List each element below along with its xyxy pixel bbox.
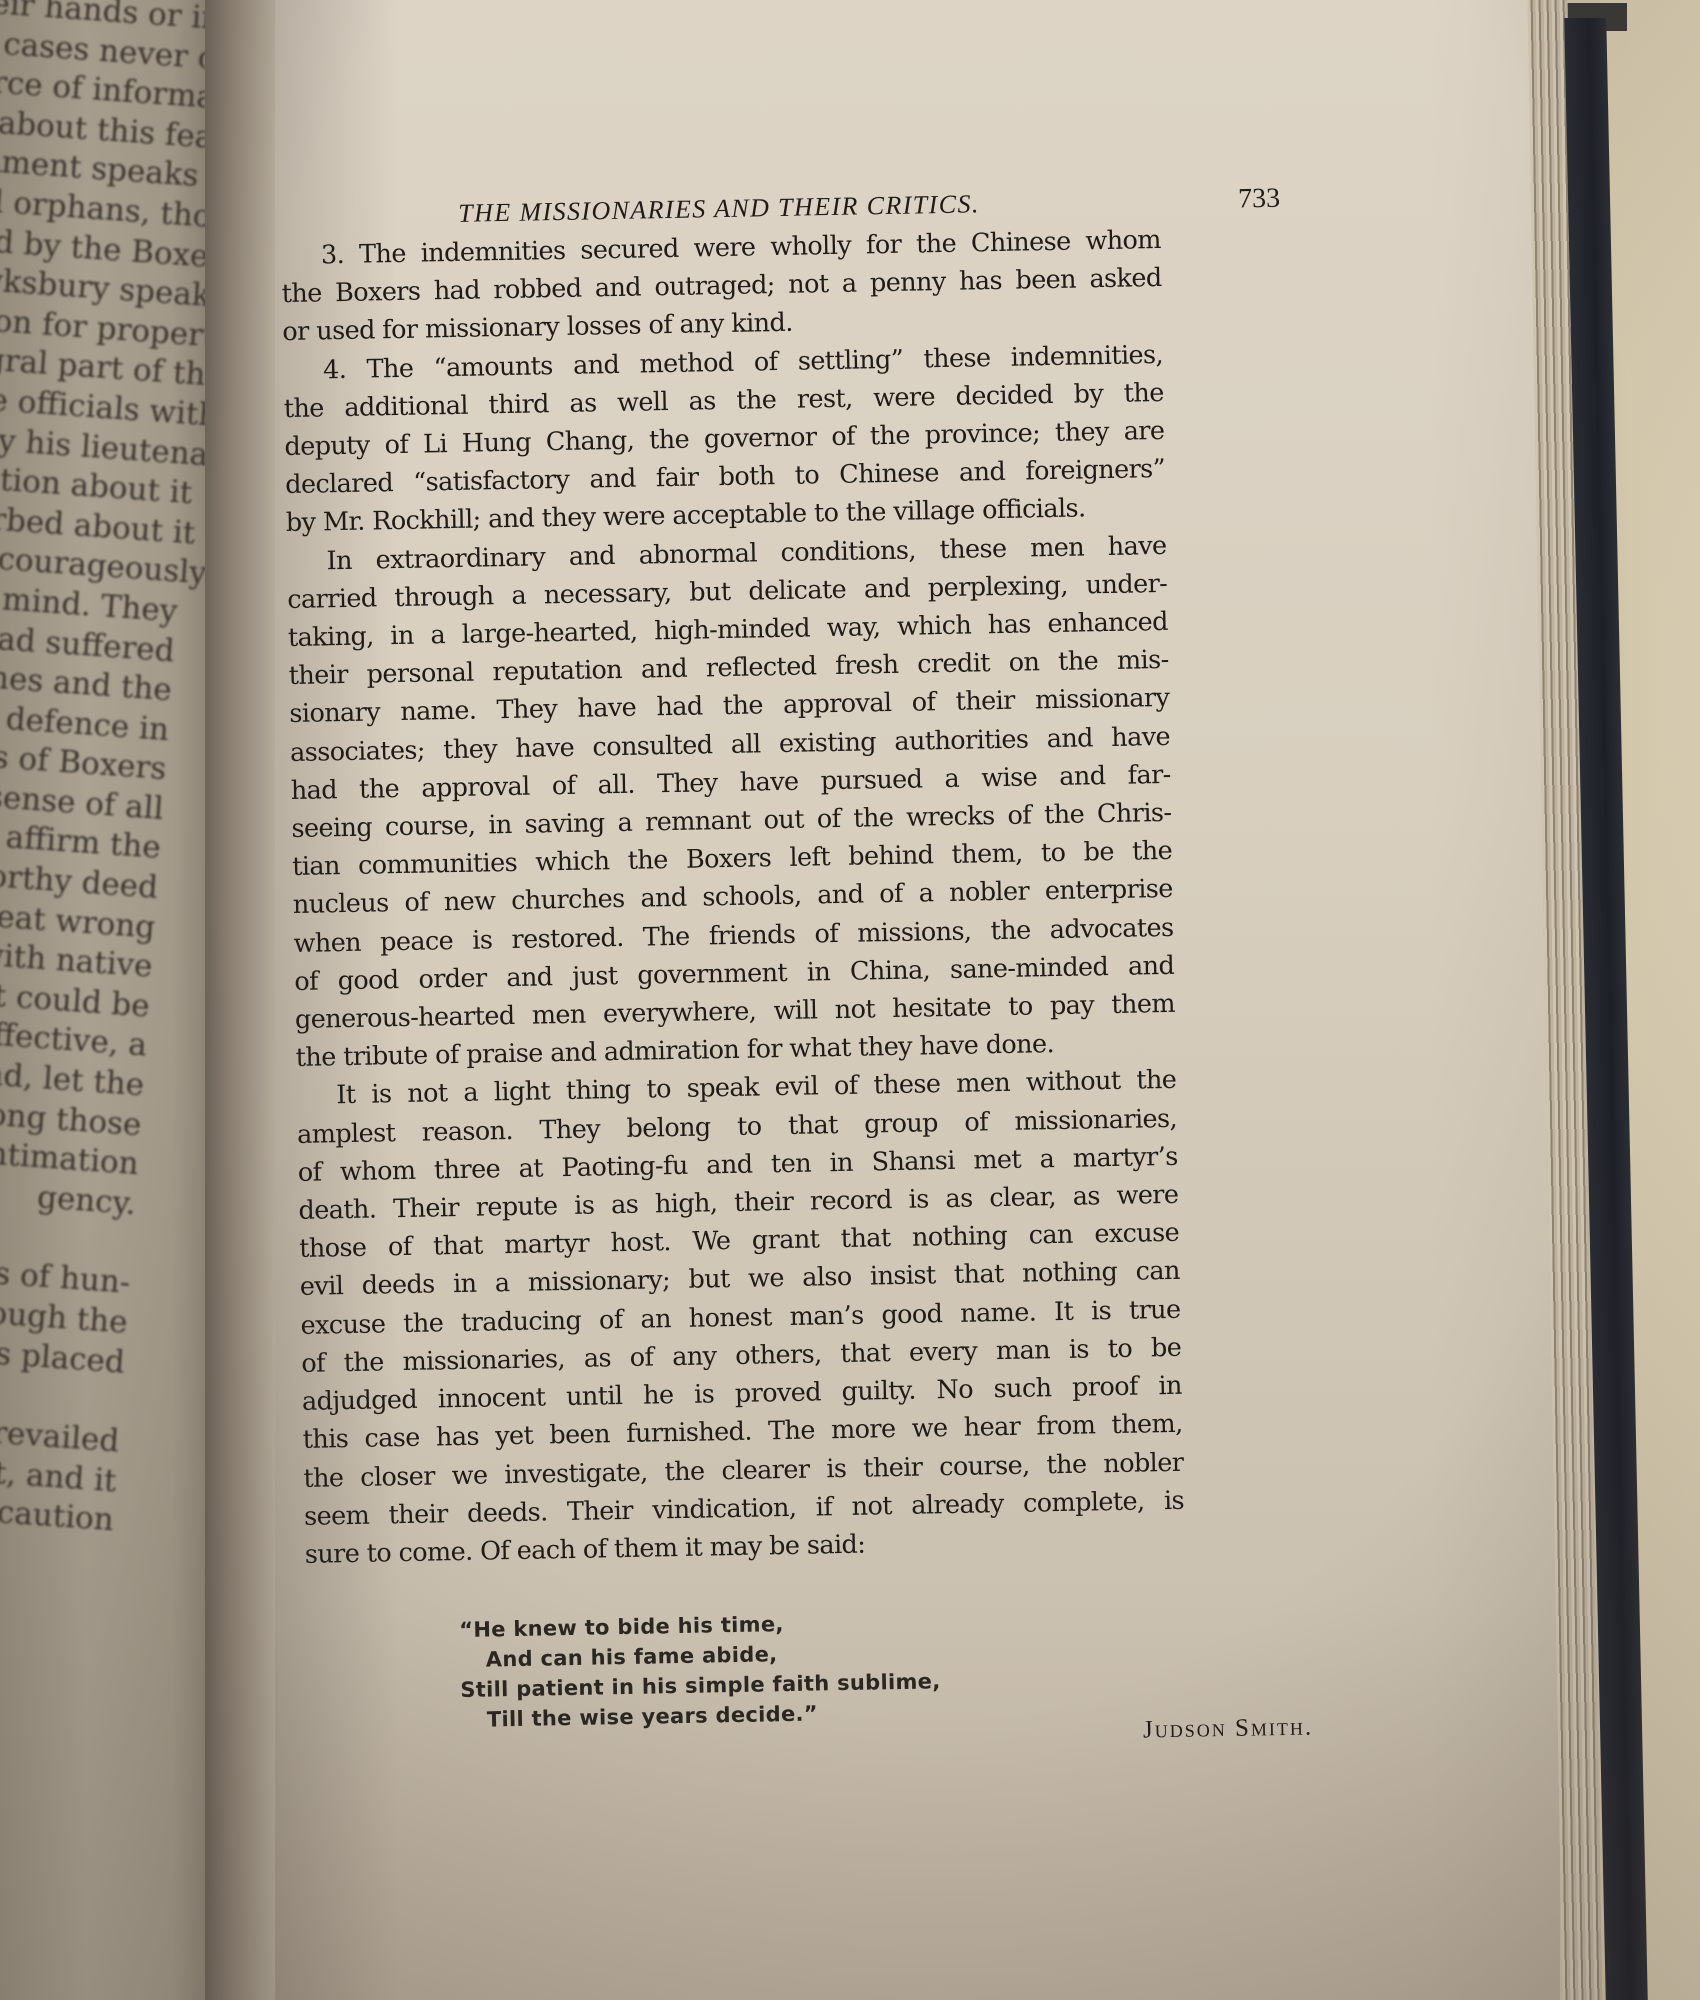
left-page: their hands or inch cases never ceaseour… — [0, 0, 215, 2000]
page-text-block: THE MISSIONARIES AND THEIR CRITICS. 733 … — [340, 183, 1308, 1759]
body-text: 3. The indemnities secured were wholly f… — [281, 219, 1305, 1574]
poem-quote: “He knew to bide his time,And can his fa… — [459, 1600, 1308, 1736]
page-number: 733 — [1238, 183, 1281, 216]
book-photo: their hands or inch cases never ceaseour… — [0, 0, 1700, 2000]
left-page-text: their hands or inch cases never ceaseour… — [0, 0, 215, 1541]
book-gutter — [205, 0, 275, 2000]
